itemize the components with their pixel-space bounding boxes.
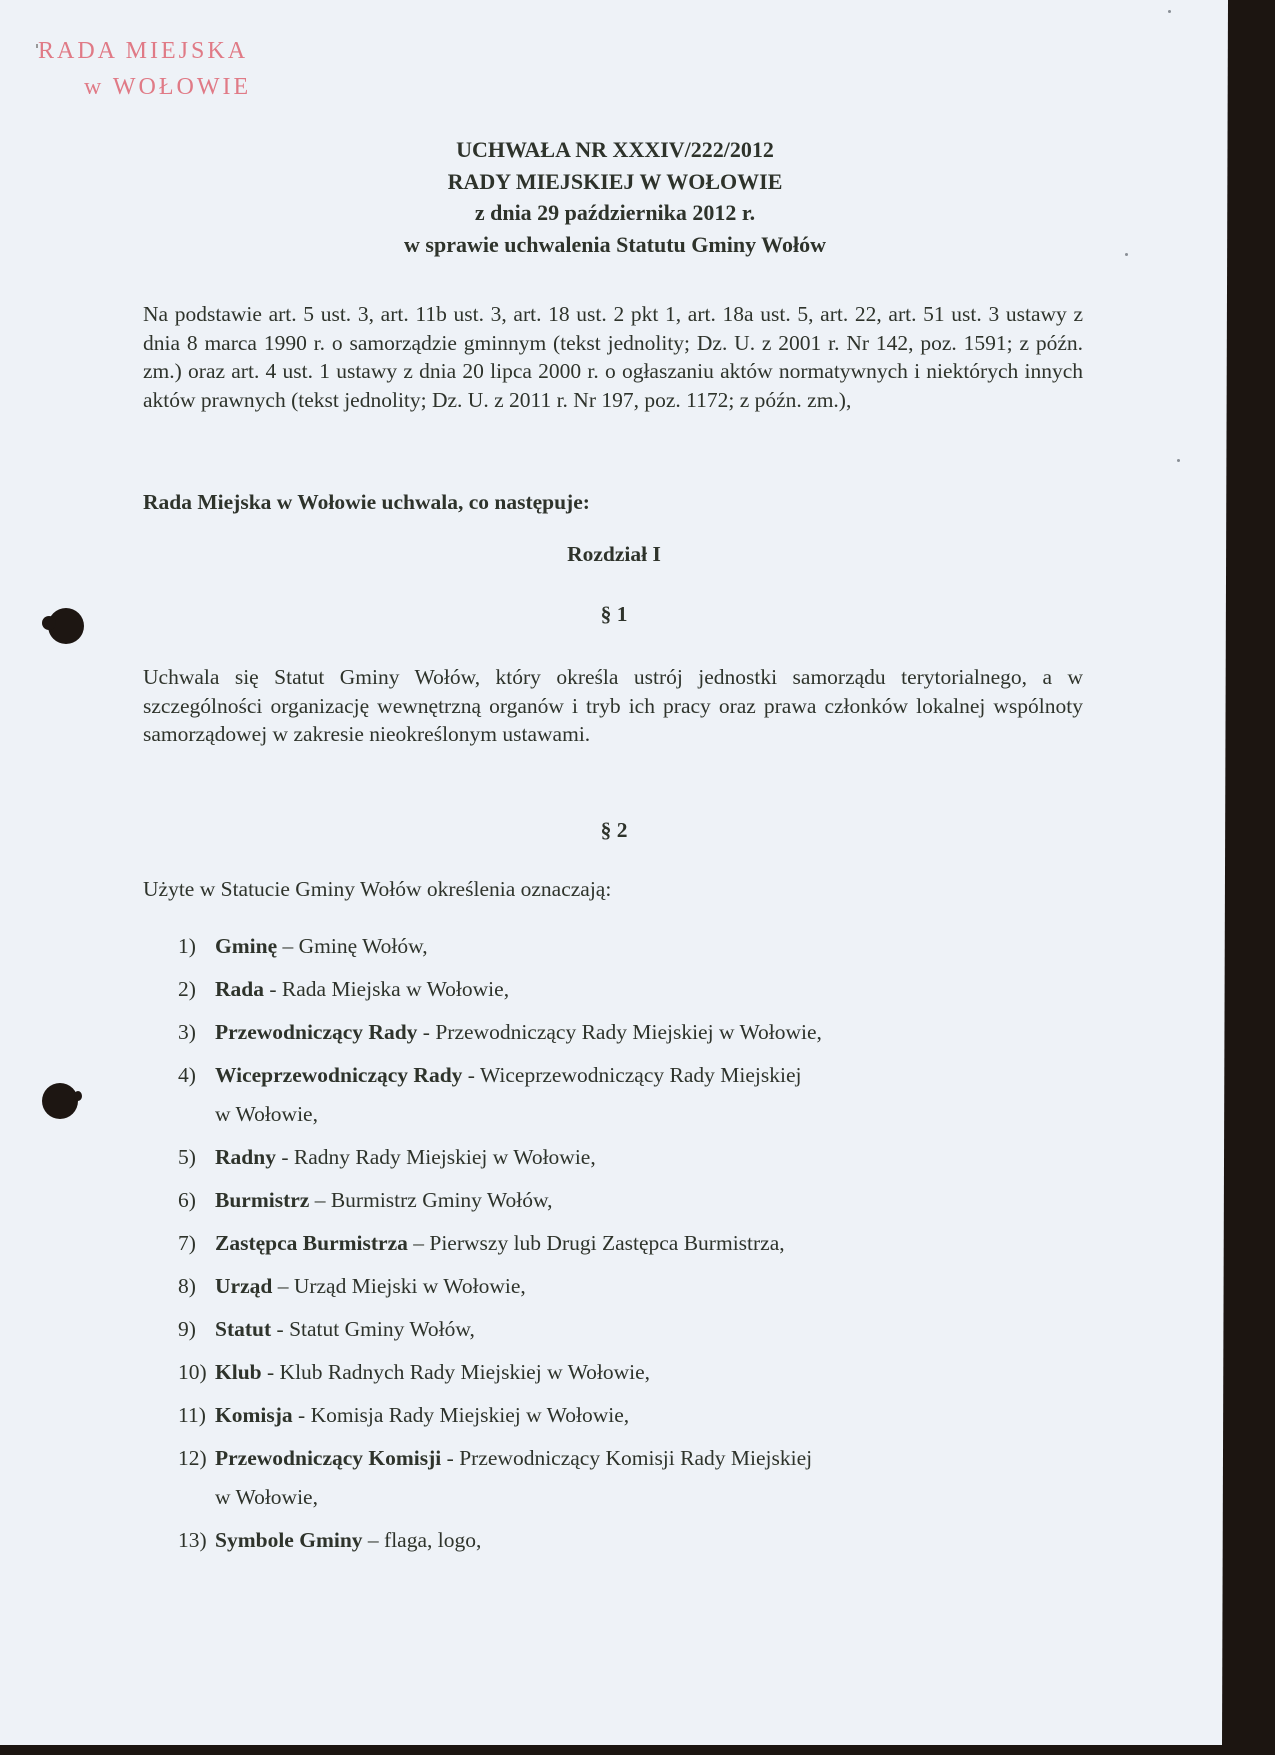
definition-number: 10) <box>178 1358 214 1386</box>
definition-number: 7) <box>178 1229 214 1257</box>
definitions-list: 1)Gminę – Gminę Wołów,2)Rada - Rada Miej… <box>178 932 1078 1569</box>
definition-item: 5)Radny - Radny Rady Miejskiej w Wołowie… <box>178 1143 1078 1186</box>
definition-text: Urząd – Urząd Miejski w Wołowie, <box>215 1272 1075 1300</box>
definition-text: Klub - Klub Radnych Rady Miejskiej w Woł… <box>215 1358 1075 1386</box>
section-2-heading: § 2 <box>0 818 1228 843</box>
definition-meaning: Przewodniczący Komisji Rady Miejskiej <box>459 1446 812 1470</box>
definition-meaning: Rada Miejska w Wołowie, <box>282 977 509 1001</box>
stamp-line-2: w WOŁOWIE <box>84 70 251 104</box>
definition-text: Wiceprzewodniczący Rady - Wiceprzewodnic… <box>215 1061 1075 1128</box>
definition-text: Gminę – Gminę Wołów, <box>215 932 1075 960</box>
definition-separator: – <box>309 1188 331 1212</box>
resolution-header: UCHWAŁA NR XXXIV/222/2012 RADY MIEJSKIEJ… <box>0 134 1228 260</box>
definition-number: 11) <box>178 1401 214 1429</box>
resolves-statement: Rada Miejska w Wołowie uchwala, co nastę… <box>143 488 1083 517</box>
definition-separator: - <box>264 977 282 1001</box>
definition-separator: - <box>441 1446 459 1470</box>
document-page: RADA MIEJSKA w WOŁOWIE UCHWAŁA NR XXXIV/… <box>0 0 1228 1745</box>
definition-separator: – <box>363 1528 385 1552</box>
definition-term: Burmistrz <box>215 1188 309 1212</box>
definition-separator: – <box>408 1231 430 1255</box>
definition-number: 8) <box>178 1272 214 1300</box>
definition-meaning: Pierwszy lub Drugi Zastępca Burmistrza, <box>429 1231 784 1255</box>
scan-speck <box>1177 459 1180 462</box>
resolution-issuer: RADY MIEJSKIEJ W WOŁOWIE <box>0 166 1228 198</box>
definition-term: Przewodniczący Komisji <box>215 1446 441 1470</box>
definition-text: Zastępca Burmistrza – Pierwszy lub Drugi… <box>215 1229 1075 1257</box>
scan-speck <box>1125 253 1128 256</box>
definition-continuation: w Wołowie, <box>215 1100 1075 1128</box>
definition-number: 3) <box>178 1018 214 1046</box>
definition-separator: - <box>276 1145 294 1169</box>
definition-separator: - <box>262 1360 280 1384</box>
definition-number: 5) <box>178 1143 214 1171</box>
definition-term: Przewodniczący Rady <box>215 1020 417 1044</box>
definition-item: 2)Rada - Rada Miejska w Wołowie, <box>178 975 1078 1018</box>
section-1-text: Uchwala się Statut Gminy Wołów, który ok… <box>143 663 1083 749</box>
definition-item: 11)Komisja - Komisja Rady Miejskiej w Wo… <box>178 1401 1078 1444</box>
definition-text: Przewodniczący Komisji - Przewodniczący … <box>215 1444 1075 1511</box>
definition-term: Gminę <box>215 934 277 958</box>
definition-number: 1) <box>178 932 214 960</box>
scan-speck <box>1168 10 1171 13</box>
definition-meaning: Klub Radnych Rady Miejskiej w Wołowie, <box>280 1360 651 1384</box>
chapter-heading: Rozdział I <box>0 542 1228 567</box>
definition-text: Rada - Rada Miejska w Wołowie, <box>215 975 1075 1003</box>
resolution-number: UCHWAŁA NR XXXIV/222/2012 <box>0 134 1228 166</box>
definition-item: 13)Symbole Gminy – flaga, logo, <box>178 1526 1078 1569</box>
definition-term: Urząd <box>215 1274 272 1298</box>
definition-meaning: Wiceprzewodniczący Rady Miejskiej <box>480 1063 802 1087</box>
definition-item: 8)Urząd – Urząd Miejski w Wołowie, <box>178 1272 1078 1315</box>
definition-term: Symbole Gminy <box>215 1528 363 1552</box>
definition-text: Burmistrz – Burmistrz Gminy Wołów, <box>215 1186 1075 1214</box>
definition-text: Statut - Statut Gminy Wołów, <box>215 1315 1075 1343</box>
definition-continuation: w Wołowie, <box>215 1483 1075 1511</box>
definition-separator: – <box>277 934 299 958</box>
legal-basis-paragraph: Na podstawie art. 5 ust. 3, art. 11b ust… <box>143 300 1083 415</box>
punch-hole-bottom <box>42 1083 78 1119</box>
definition-meaning: Statut Gminy Wołów, <box>289 1317 475 1341</box>
definition-separator: - <box>293 1403 311 1427</box>
definition-meaning: Burmistrz Gminy Wołów, <box>331 1188 553 1212</box>
definition-item: 10)Klub - Klub Radnych Rady Miejskiej w … <box>178 1358 1078 1401</box>
definition-number: 2) <box>178 975 214 1003</box>
section-2-lead: Użyte w Statucie Gminy Wołów określenia … <box>143 875 1083 904</box>
definition-meaning: Komisja Rady Miejskiej w Wołowie, <box>311 1403 630 1427</box>
definition-number: 12) <box>178 1444 214 1472</box>
resolution-subject: w sprawie uchwalenia Statutu Gminy Wołów <box>0 229 1228 261</box>
punch-hole-top <box>48 608 84 644</box>
definition-term: Statut <box>215 1317 271 1341</box>
definition-item: 4)Wiceprzewodniczący Rady - Wiceprzewodn… <box>178 1061 1078 1143</box>
definition-separator: - <box>462 1063 480 1087</box>
resolution-date: z dnia 29 października 2012 r. <box>0 197 1228 229</box>
definition-text: Komisja - Komisja Rady Miejskiej w Wołow… <box>215 1401 1075 1429</box>
definition-separator: – <box>272 1274 294 1298</box>
definition-item: 6)Burmistrz – Burmistrz Gminy Wołów, <box>178 1186 1078 1229</box>
definition-item: 12)Przewodniczący Komisji - Przewodniczą… <box>178 1444 1078 1526</box>
definition-meaning: Urząd Miejski w Wołowie, <box>294 1274 526 1298</box>
definition-term: Komisja <box>215 1403 293 1427</box>
definition-item: 9)Statut - Statut Gminy Wołów, <box>178 1315 1078 1358</box>
definition-item: 1)Gminę – Gminę Wołów, <box>178 932 1078 975</box>
stamp-line-1: RADA MIEJSKA <box>38 34 248 68</box>
definition-item: 7)Zastępca Burmistrza – Pierwszy lub Dru… <box>178 1229 1078 1272</box>
definition-term: Radny <box>215 1145 276 1169</box>
definition-term: Zastępca Burmistrza <box>215 1231 408 1255</box>
definition-term: Klub <box>215 1360 262 1384</box>
section-1-heading: § 1 <box>0 602 1228 627</box>
definition-meaning: flaga, logo, <box>384 1528 481 1552</box>
definition-term: Rada <box>215 977 264 1001</box>
definition-text: Radny - Radny Rady Miejskiej w Wołowie, <box>215 1143 1075 1171</box>
definition-separator: - <box>271 1317 289 1341</box>
definition-number: 9) <box>178 1315 214 1343</box>
definition-meaning: Gminę Wołów, <box>299 934 428 958</box>
definition-number: 13) <box>178 1526 214 1554</box>
definition-text: Przewodniczący Rady - Przewodniczący Rad… <box>215 1018 1075 1046</box>
definition-term: Wiceprzewodniczący Rady <box>215 1063 462 1087</box>
definition-meaning: Radny Rady Miejskiej w Wołowie, <box>294 1145 596 1169</box>
definition-text: Symbole Gminy – flaga, logo, <box>215 1526 1075 1554</box>
definition-number: 4) <box>178 1061 214 1089</box>
definition-meaning: Przewodniczący Rady Miejskiej w Wołowie, <box>435 1020 822 1044</box>
definition-separator: - <box>417 1020 435 1044</box>
definition-item: 3)Przewodniczący Rady - Przewodniczący R… <box>178 1018 1078 1061</box>
definition-number: 6) <box>178 1186 214 1214</box>
